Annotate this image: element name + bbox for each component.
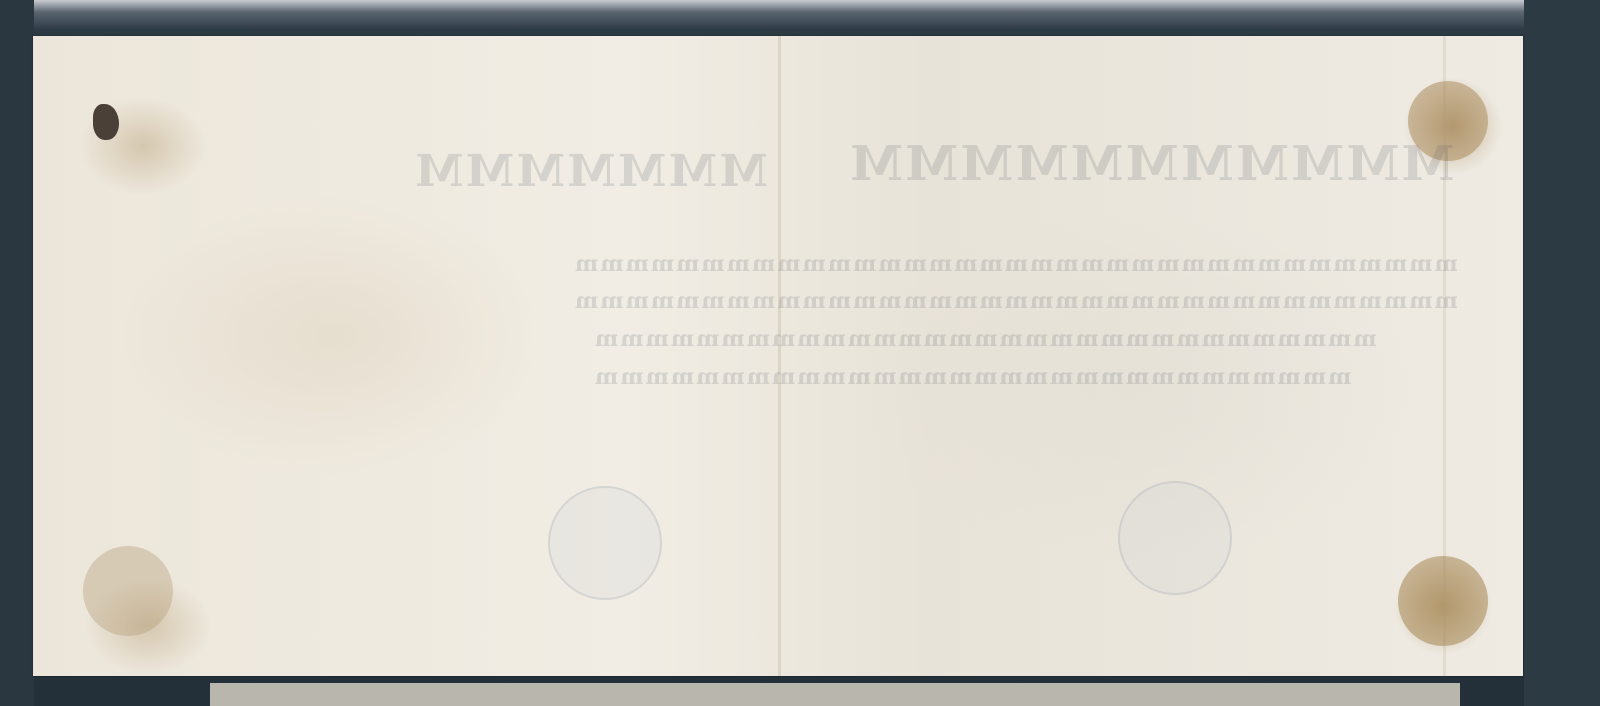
bleed-through-line-4: mmmmmmmmmmmmmmmmmmmmmmmmmmmmmm — [593, 364, 1351, 390]
stain-bottom-right — [1398, 556, 1488, 646]
bleed-through-line-1: mmmmmmmmmmmmmmmmmmmmmmmmmmmmmmmmmmm — [573, 251, 1458, 277]
center-fold-line — [778, 36, 781, 676]
banknote-reverse: MMMMMMM MMMMMMMMMMM mmmmmmmmmmmmmmmmmmmm… — [33, 36, 1523, 676]
scanner-background-right — [1524, 0, 1600, 706]
bleed-through-line-3: mmmmmmmmmmmmmmmmmmmmmmmmmmmmmmm — [593, 326, 1377, 352]
second-note-edge — [210, 683, 1460, 706]
seal-right — [1118, 481, 1232, 595]
bleed-through-line-2: mmmmmmmmmmmmmmmmmmmmmmmmmmmmmmmmmmm — [573, 288, 1458, 314]
corner-damage-top-left — [93, 104, 119, 140]
seal-left — [548, 486, 662, 600]
bleed-through-heading-left: MMMMMMM — [413, 146, 768, 197]
bleed-through-heading-right: MMMMMMMMMMM — [848, 136, 1454, 192]
stain-bottom-left — [83, 546, 173, 636]
scanner-background-left — [0, 0, 34, 706]
